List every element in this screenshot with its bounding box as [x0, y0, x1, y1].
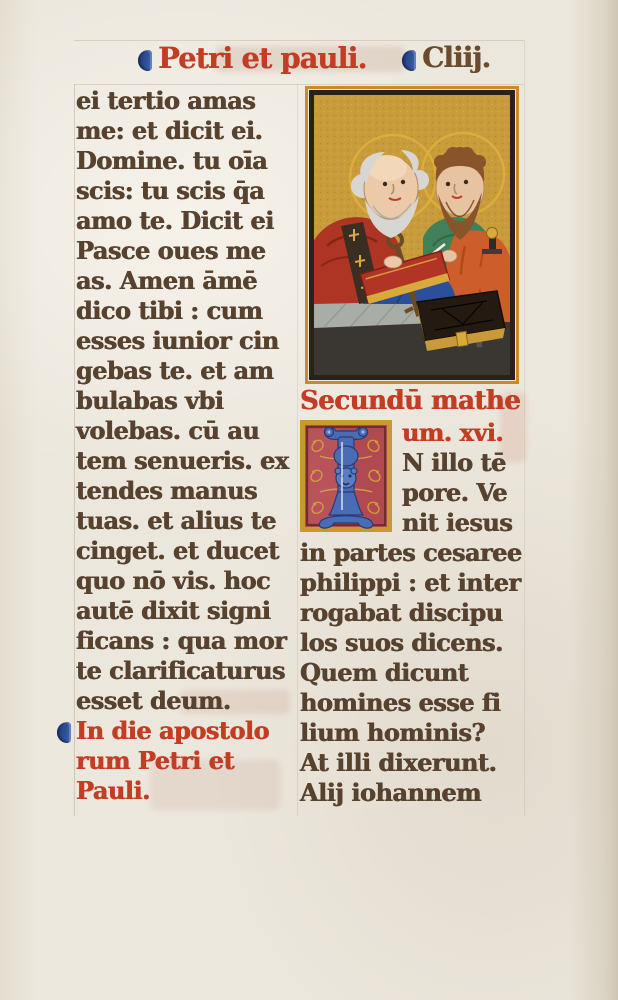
text-line: gebas te. et am [76, 356, 298, 386]
manuscript-page: Petri et pauli. Cliij. ei tertio amas me… [0, 0, 618, 1000]
text-line: esset deum. [76, 686, 298, 716]
text-line: esses iunior cin [76, 326, 298, 356]
paraph-icon [402, 50, 416, 71]
text-line: volebas. cū au [76, 416, 298, 446]
text-line: autē dixit signi [76, 596, 298, 626]
miniature-peter-and-paul [305, 86, 519, 384]
lion-mask-icon [335, 468, 357, 488]
text-line: Alij iohannem [300, 778, 525, 808]
text-line: philippi : et inter [300, 568, 525, 598]
text-line: dico tibi : cum [76, 296, 298, 326]
rubric-line: um. xvi. [402, 418, 522, 448]
ruling-line [74, 84, 75, 816]
text-line: in partes cesaree [300, 538, 525, 568]
rubric-line: Pauli. [76, 776, 298, 806]
text-line: quo nō vis. hoc [76, 566, 298, 596]
text-line: te clarificaturus [76, 656, 298, 686]
rubric-line: In die apostolo [76, 716, 298, 746]
text-line: cinget. et ducet [76, 536, 298, 566]
text-line: rogabat discipu [300, 598, 525, 628]
paraph-icon [138, 50, 152, 71]
text-line: Domine. tu oīa [76, 146, 298, 176]
rubric-line: rum Petri et [76, 746, 298, 776]
text-line: Quem dicunt [300, 658, 525, 688]
text-line: At illi dixerunt. [300, 748, 525, 778]
text-line: tendes manus [76, 476, 298, 506]
text-line: ei tertio amas [76, 86, 298, 116]
hand [384, 256, 402, 268]
text-line: N illo tē [402, 448, 522, 478]
text-line: homines esse fi [300, 688, 525, 718]
folio-number: Cliij. [422, 41, 490, 74]
text-line: bulabas vbi [76, 386, 298, 416]
paraph-icon [57, 722, 71, 743]
text-line: tem senueris. ex [76, 446, 298, 476]
text-line: los suos dicens. [300, 628, 525, 658]
text-line: Pasce oues me [76, 236, 298, 266]
text-line: nit iesus [402, 508, 522, 538]
text-line: tuas. et alius te [76, 506, 298, 536]
text-line: me: et dicit ei. [76, 116, 298, 146]
rubric-line: Secundū mathe [300, 386, 525, 416]
text-line: pore. Ve [402, 478, 522, 508]
left-text-column: ei tertio amas me: et dicit ei. Domine. … [76, 86, 298, 806]
text-line: ficans : qua mor [76, 626, 298, 656]
text-line: scis: tu scis q̄a [76, 176, 298, 206]
ruling-line [74, 84, 524, 85]
text-line: amo te. Dicit ei [76, 206, 298, 236]
text-line: lium hominis? [300, 718, 525, 748]
page-title: Petri et pauli. [158, 41, 367, 75]
illuminated-initial-I [300, 420, 392, 532]
text-line: as. Amen āmē [76, 266, 298, 296]
